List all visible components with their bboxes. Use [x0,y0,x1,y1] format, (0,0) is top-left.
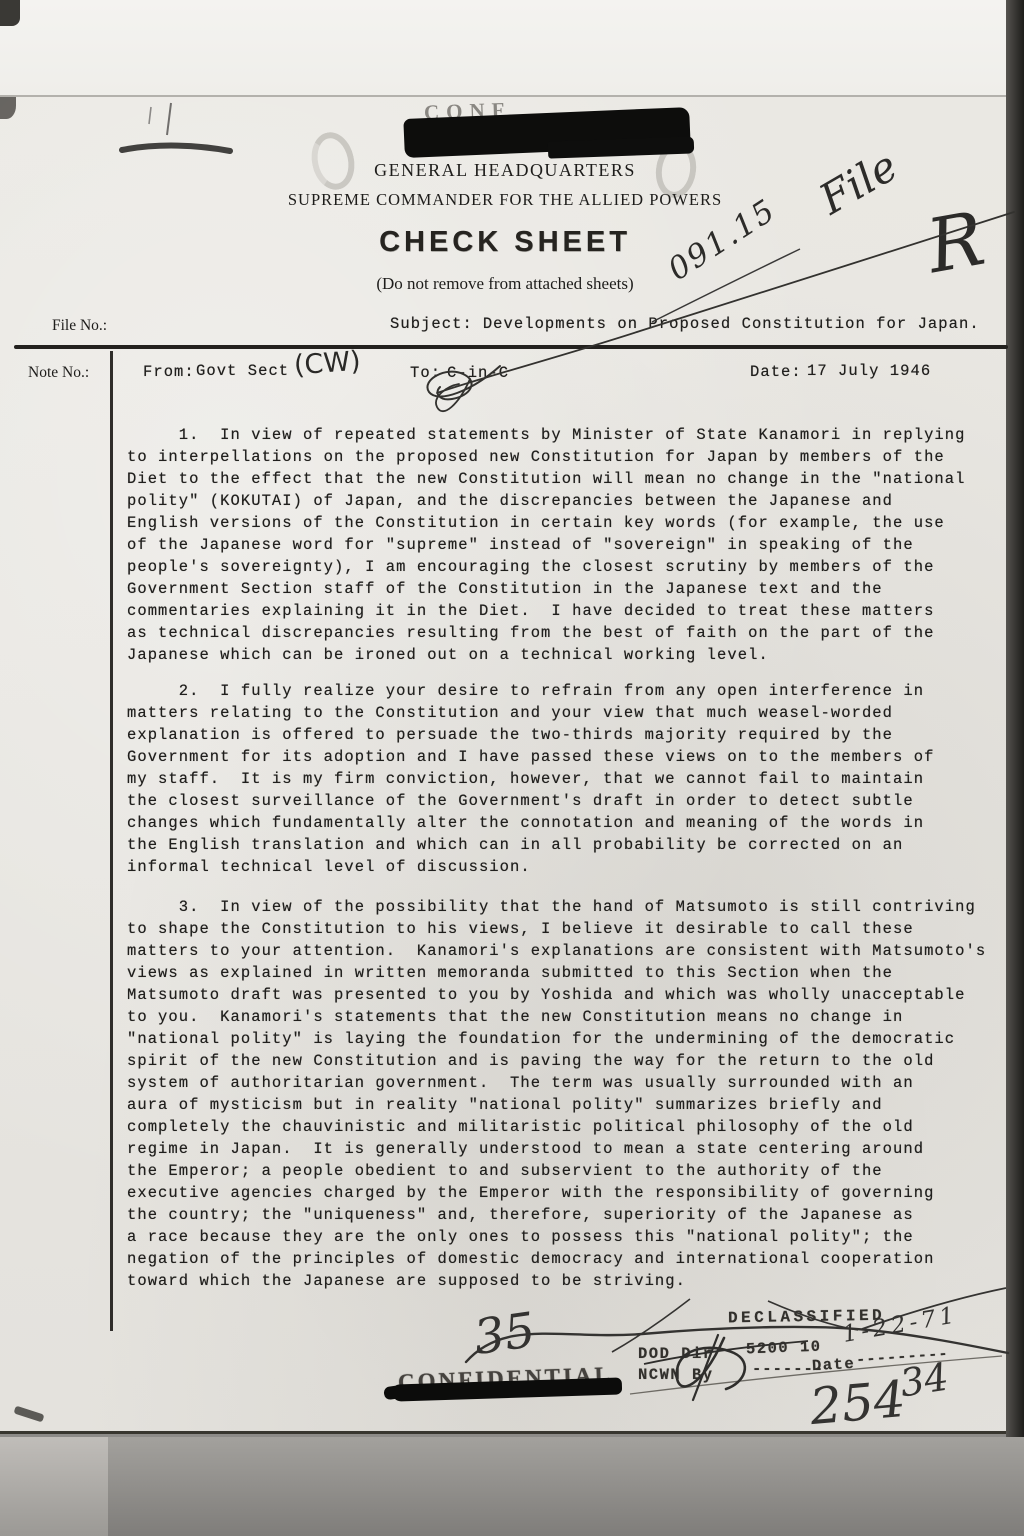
ncwn-by-label: NCWN By [638,1366,714,1384]
bottom-scan-background-left [0,1437,108,1536]
handwritten-number-34: 34 [897,1354,952,1405]
org-name-line2: SUPREME COMMANDER FOR THE ALLIED POWERS [60,190,950,210]
note-no-label: Note No.: [28,364,89,382]
dod-directive-number: 5200 10 [746,1338,822,1359]
subject-line: Subject:Developments on Proposed Constit… [390,315,980,333]
handwritten-crossed-number: 35 [470,1302,538,1366]
stamp-date-label: Date [812,1355,856,1375]
document-title: CHECK SHEET [60,226,950,259]
top-sheet-edge [0,0,1024,97]
scanned-check-sheet-document: CONF GENERAL HEADQUARTERS SUPREME COMMAN… [0,0,1024,1536]
left-margin-line [110,351,113,1331]
subject-label: Subject: [390,315,473,333]
handwritten-cw-initials: (CW) [293,346,362,382]
bottom-scan-background [0,1437,1024,1536]
handwritten-number-254: 254 [808,1370,908,1436]
paragraph-3: 3. In view of the possibility that the h… [127,896,986,1292]
document-subtitle: (Do not remove from attached sheets) [60,274,950,294]
date-value: 17 July 1946 [807,362,931,380]
subject-text: Developments on Proposed Constitution fo… [483,315,980,333]
header-divider-rule [14,345,1008,349]
file-no-label: File No.: [52,317,107,335]
scan-corner-mark [0,0,20,26]
paragraph-1: 1. In view of repeated statements by Min… [127,424,965,666]
dod-directive-label: DOD Dir [638,1345,714,1363]
paragraph-2: 2. I fully realize your desire to refrai… [127,680,934,878]
to-value: C-in-C [447,364,509,382]
scan-right-edge [1006,0,1024,1437]
date-label: Date: [750,363,802,381]
to-label: To: [410,364,441,382]
from-value: Govt Sect [196,362,289,380]
from-label: From: [143,363,195,381]
